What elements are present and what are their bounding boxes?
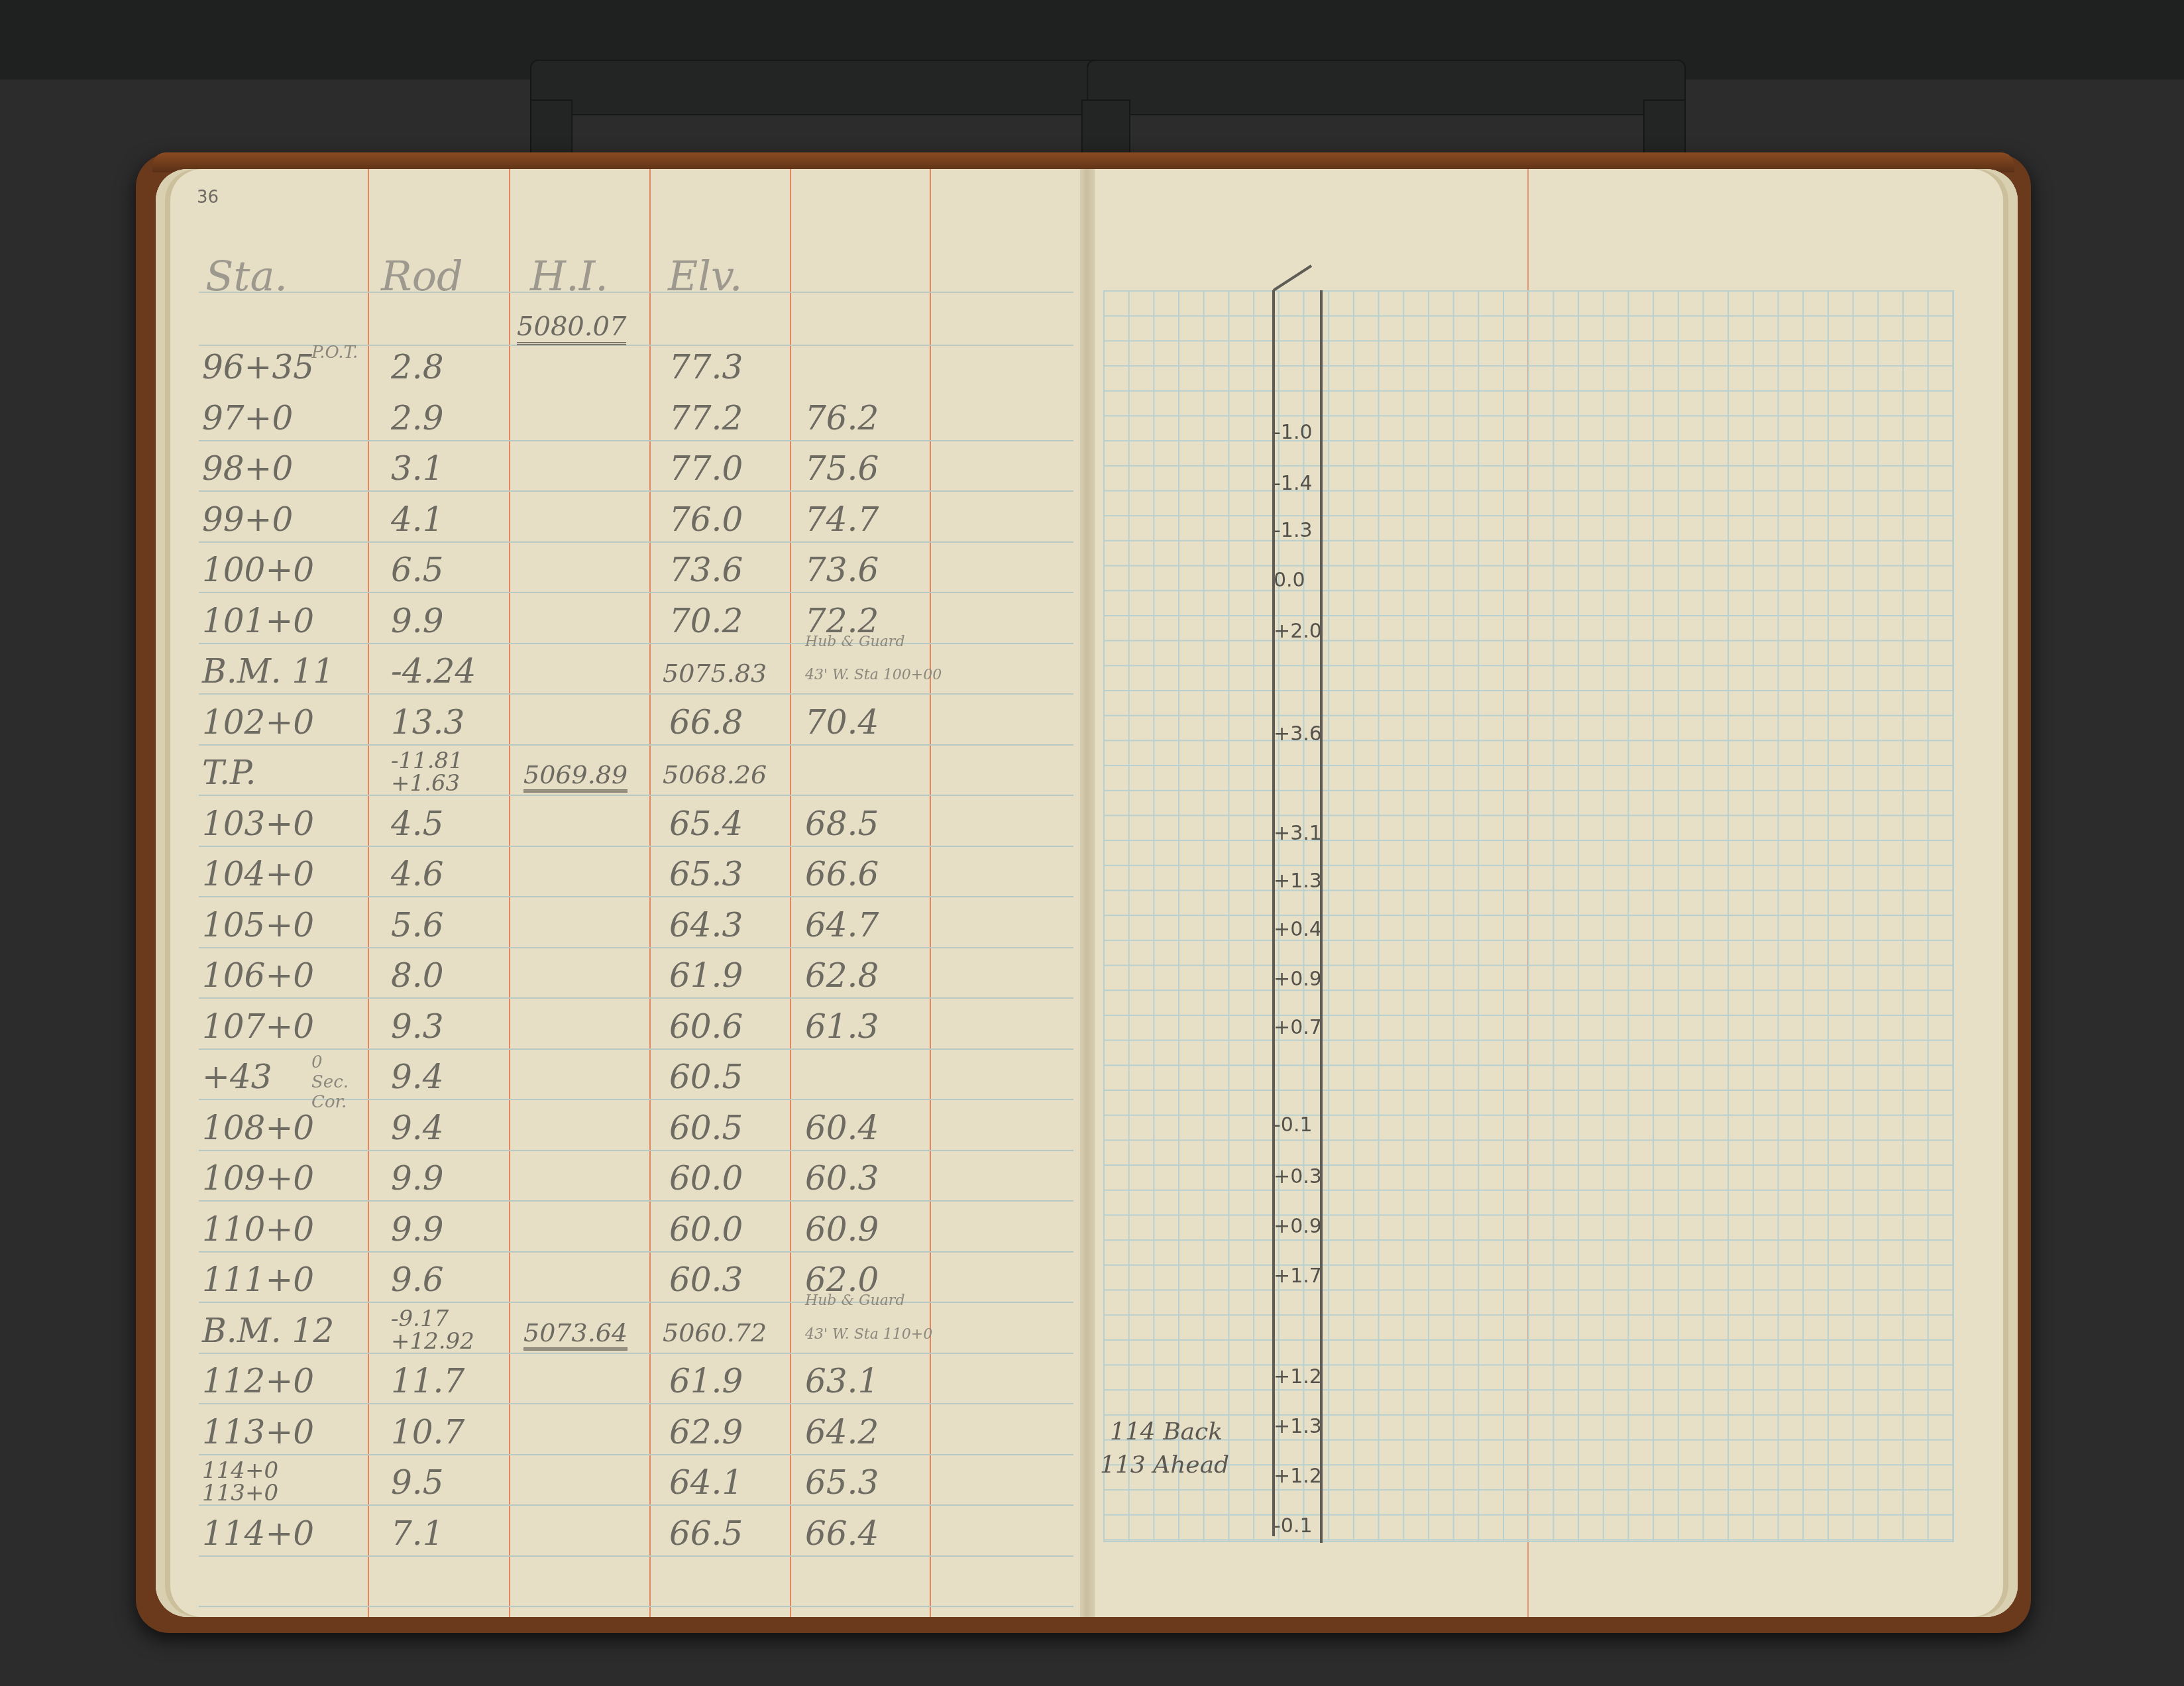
station-cell: 106+0 — [202, 956, 314, 995]
grade-cell: 66.4 — [805, 1514, 879, 1553]
elevation-cell: 65.4 — [669, 805, 743, 843]
profile-value: -1.3 — [1274, 519, 1313, 542]
profile-value: -0.1 — [1274, 1113, 1313, 1137]
row-note: 43' W. Sta 110+0 — [805, 1326, 932, 1343]
side-note-ahead: 113 Ahead — [1100, 1451, 1229, 1479]
station-cell: 99+0 — [202, 500, 293, 539]
station-cell: 105+0 — [202, 906, 314, 944]
rod-cell: 3.1 — [391, 449, 444, 488]
grade-cell: 60.3 — [805, 1159, 879, 1198]
profile-value: -0.1 — [1274, 1514, 1313, 1538]
elevation-cell: 76.0 — [669, 500, 743, 539]
rod-cell: 9.9 — [391, 1159, 444, 1198]
rod-cell: 5.6 — [391, 906, 444, 944]
rod-cell: 9.6 — [391, 1261, 444, 1299]
ruled-line — [199, 541, 1073, 543]
grade-cell: 68.5 — [805, 805, 879, 843]
station-cell: 107+0 — [202, 1007, 314, 1046]
profile-value: +0.7 — [1274, 1016, 1322, 1039]
book-stand-right-arm — [1087, 60, 1686, 115]
ruled-line — [199, 1353, 1073, 1354]
station-cell: 110+0 — [202, 1210, 314, 1249]
initial-hi-value: 5080.07 — [517, 311, 626, 345]
book-gutter — [1080, 169, 1095, 1617]
ruled-line — [199, 846, 1073, 847]
profile-value: +0.9 — [1274, 968, 1322, 991]
rod-cell: 8.0 — [391, 956, 444, 995]
rod-cell: 9.9 — [391, 602, 444, 640]
rod-cell: 7.1 — [391, 1514, 444, 1553]
row-note: 43' W. Sta 100+00 — [805, 667, 942, 683]
rod-cell: 4.5 — [391, 805, 444, 843]
rod-cell: -11.81 +1.63 — [391, 750, 463, 795]
elevation-cell: 61.9 — [669, 1362, 743, 1400]
station-cell: 111+0 — [202, 1261, 314, 1299]
station-cell: 96+35 — [202, 348, 314, 386]
station-cell: 100+0 — [202, 551, 314, 589]
grade-cell: 65.3 — [805, 1463, 879, 1502]
row-note: Hub & Guard — [805, 634, 904, 650]
column-rule — [930, 169, 931, 1617]
ruled-line — [199, 643, 1073, 644]
rod-cell: 9.4 — [391, 1058, 444, 1096]
side-note-back: 114 Back — [1110, 1418, 1223, 1445]
elevation-cell: 64.3 — [669, 906, 743, 944]
elevation-cell: 77.0 — [669, 449, 743, 488]
ruled-line — [199, 795, 1073, 796]
profile-value: 0.0 — [1274, 569, 1305, 592]
elevation-cell: 64.1 — [669, 1463, 743, 1502]
rod-cell: 13.3 — [391, 703, 464, 742]
grade-cell: 60.9 — [805, 1210, 879, 1249]
grade-cell: 73.6 — [805, 551, 879, 589]
grade-cell: 66.6 — [805, 855, 879, 893]
ruled-line — [199, 947, 1073, 948]
row-note: Hub & Guard — [805, 1292, 904, 1309]
grade-cell: 60.4 — [805, 1109, 879, 1147]
ruled-line — [199, 440, 1073, 441]
station-cell: 98+0 — [202, 449, 293, 488]
ruled-line — [199, 1251, 1073, 1253]
profile-value: -1.4 — [1274, 472, 1313, 495]
ruled-line — [199, 592, 1073, 593]
rod-cell: 6.5 — [391, 551, 444, 589]
header-hi: H.I. — [530, 252, 608, 300]
column-rule — [790, 169, 791, 1617]
station-cell: 104+0 — [202, 855, 314, 893]
station-cell: 103+0 — [202, 805, 314, 843]
header-rod: Rod — [381, 252, 463, 300]
station-cell: 109+0 — [202, 1159, 314, 1198]
grade-cell: 64.2 — [805, 1413, 879, 1451]
profile-value: +1.3 — [1274, 1415, 1322, 1438]
book-stand-left-arm — [530, 60, 1116, 115]
profile-value: +0.4 — [1274, 918, 1322, 941]
elevation-cell: 70.2 — [669, 602, 743, 640]
header-elevation: Elv. — [668, 252, 742, 300]
ruled-line — [199, 1200, 1073, 1202]
station-annotation: 0 Sec. Cor. — [311, 1052, 364, 1112]
station-cell: 102+0 — [202, 703, 314, 742]
grade-cell: 74.7 — [805, 500, 879, 539]
elevation-cell: 5060.72 — [663, 1318, 767, 1347]
station-cell: 97+0 — [202, 399, 293, 437]
rod-cell: 4.6 — [391, 855, 444, 893]
ruled-line — [199, 1555, 1073, 1557]
ruled-line — [199, 1302, 1073, 1303]
elevation-cell: 66.8 — [669, 703, 743, 742]
station-cell: T.P. — [202, 754, 256, 792]
rod-cell: 9.5 — [391, 1463, 444, 1502]
station-cell: +43 — [202, 1058, 272, 1096]
ruled-line — [199, 1048, 1073, 1050]
rod-cell: 4.1 — [391, 500, 444, 539]
profile-value: +3.6 — [1274, 722, 1322, 746]
rod-cell: 9.4 — [391, 1109, 444, 1147]
elevation-cell: 62.9 — [669, 1413, 743, 1451]
ruled-line — [199, 693, 1073, 695]
profile-value: +2.0 — [1274, 620, 1322, 643]
hi-cell: 5073.64 — [523, 1318, 628, 1351]
grade-cell: 63.1 — [805, 1362, 879, 1400]
station-cell: B.M. 12 — [202, 1312, 334, 1350]
ruled-line — [199, 997, 1073, 999]
grade-cell: 61.3 — [805, 1007, 879, 1046]
ruled-line — [199, 1606, 1073, 1607]
elevation-cell: 60.3 — [669, 1261, 743, 1299]
hi-cell: 5069.89 — [523, 760, 628, 793]
grade-cell: 76.2 — [805, 399, 879, 437]
elevation-cell: 77.2 — [669, 399, 743, 437]
profile-value: +1.2 — [1274, 1465, 1322, 1488]
station-cell: 101+0 — [202, 602, 314, 640]
grade-cell: 64.7 — [805, 906, 879, 944]
ruled-line — [199, 1504, 1073, 1506]
elevation-cell: 60.5 — [669, 1109, 743, 1147]
profile-value: +1.2 — [1274, 1365, 1322, 1388]
graph-grid — [1103, 290, 1954, 1542]
grade-cell: 75.6 — [805, 449, 879, 488]
elevation-cell: 60.0 — [669, 1210, 743, 1249]
column-rule — [649, 169, 651, 1617]
rod-cell: -9.17 +12.92 — [391, 1308, 474, 1353]
rod-cell: -4.24 — [391, 652, 476, 691]
station-annotation: P.O.T. — [311, 343, 364, 363]
profile-value: +3.1 — [1274, 822, 1322, 845]
elevation-cell: 5075.83 — [663, 659, 767, 688]
profile-value: +1.7 — [1274, 1264, 1322, 1288]
ruled-line — [199, 744, 1073, 746]
station-cell: B.M. 11 — [202, 652, 334, 691]
station-cell: 112+0 — [202, 1362, 314, 1400]
elevation-cell: 73.6 — [669, 551, 743, 589]
ruled-line — [199, 1454, 1073, 1455]
elevation-cell: 66.5 — [669, 1514, 743, 1553]
rod-cell: 2.8 — [391, 348, 444, 386]
profile-value: -1.0 — [1274, 421, 1313, 444]
profile-value: +0.3 — [1274, 1165, 1322, 1188]
elevation-cell: 5068.26 — [663, 760, 767, 789]
rod-cell: 10.7 — [391, 1413, 464, 1451]
ruled-line — [199, 292, 1073, 293]
header-station: Sta. — [205, 252, 288, 300]
grade-cell: 62.8 — [805, 956, 879, 995]
station-cell: 114+0 — [202, 1514, 314, 1553]
rod-cell: 11.7 — [391, 1362, 464, 1400]
column-rule — [509, 169, 510, 1617]
ruled-line — [199, 1150, 1073, 1151]
elevation-cell: 61.9 — [669, 956, 743, 995]
profile-line-right — [1320, 290, 1323, 1543]
page-number: 36 — [197, 188, 219, 207]
column-rule — [368, 169, 369, 1617]
elevation-cell: 65.3 — [669, 855, 743, 893]
rod-cell: 9.9 — [391, 1210, 444, 1249]
elevation-cell: 60.0 — [669, 1159, 743, 1198]
ruled-line — [199, 896, 1073, 897]
station-cell: 113+0 — [202, 1413, 314, 1451]
rod-cell: 9.3 — [391, 1007, 444, 1046]
elevation-cell: 77.3 — [669, 348, 743, 386]
profile-value: +0.9 — [1274, 1215, 1322, 1238]
profile-value: +1.3 — [1274, 870, 1322, 893]
station-cell: 114+0 113+0 — [202, 1459, 278, 1504]
grade-cell: 70.4 — [805, 703, 879, 742]
ruled-line — [199, 490, 1073, 492]
rod-cell: 2.9 — [391, 399, 444, 437]
elevation-cell: 60.6 — [669, 1007, 743, 1046]
station-cell: 108+0 — [202, 1109, 314, 1147]
elevation-cell: 60.5 — [669, 1058, 743, 1096]
ruled-line — [199, 1403, 1073, 1404]
